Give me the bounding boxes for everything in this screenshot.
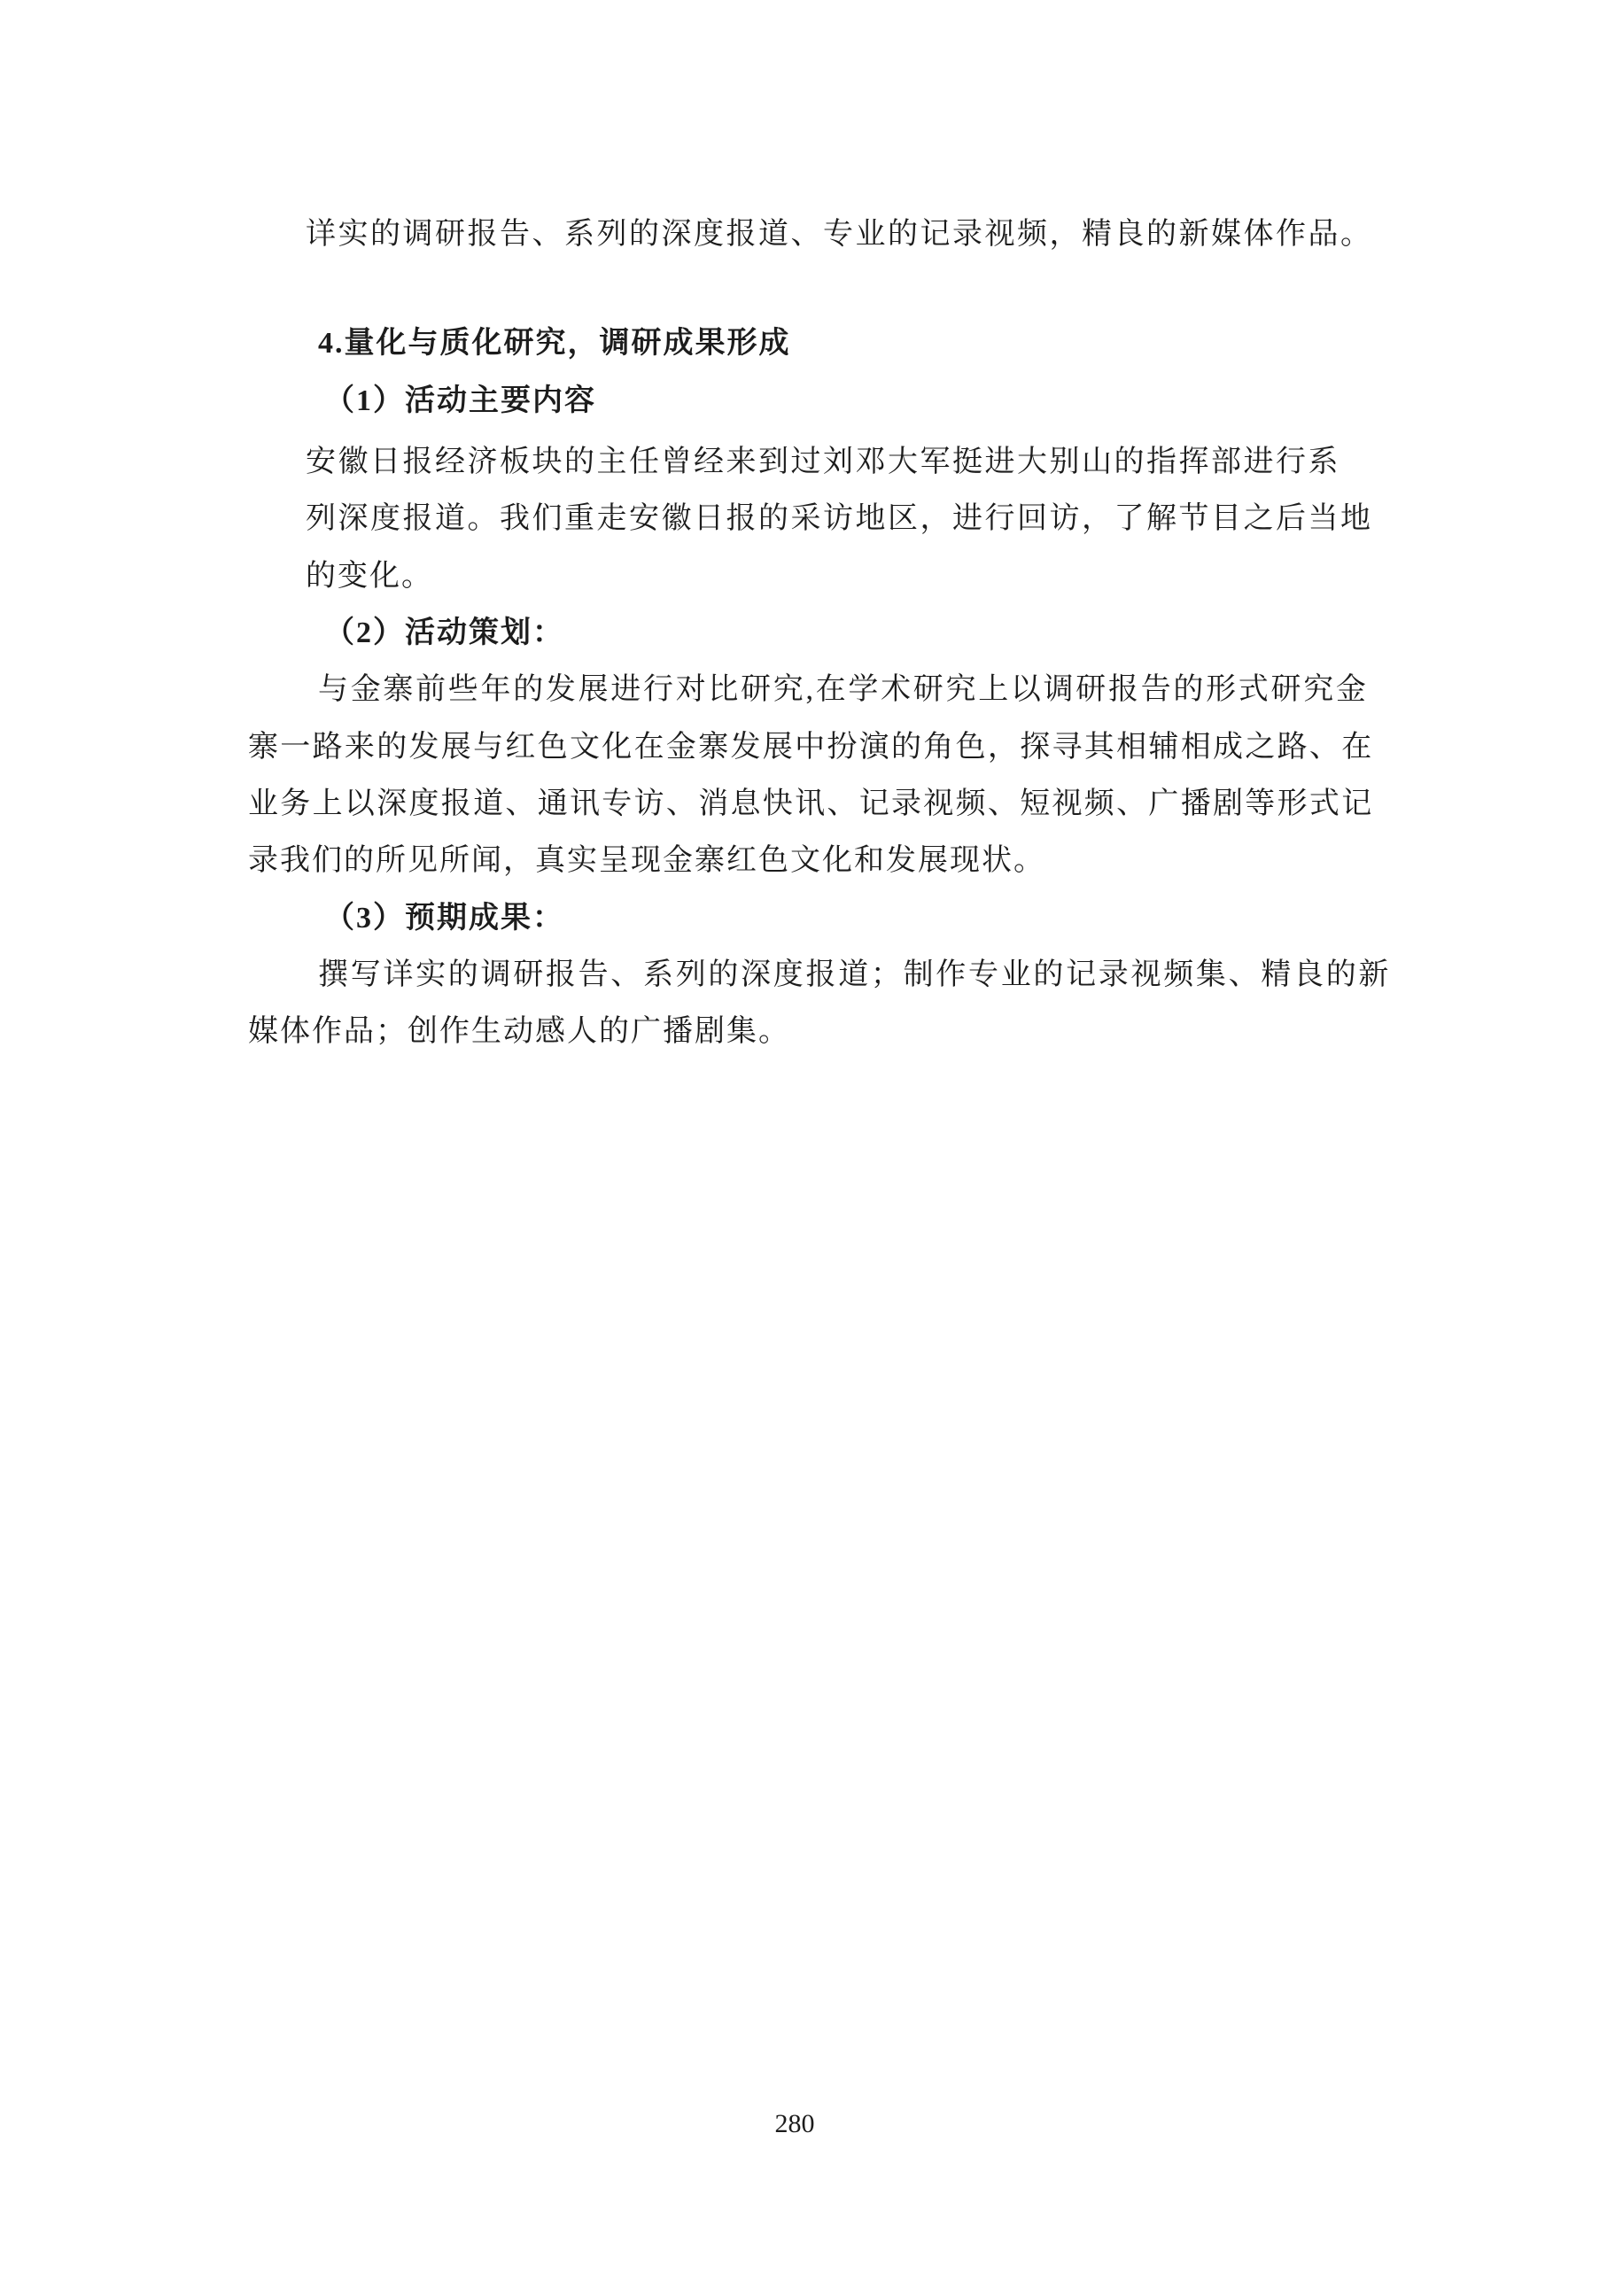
section-heading: 4.量化与质化研究，调研成果形成 xyxy=(318,323,791,364)
body-line: 撰写详实的调研报告、系列的深度报道；制作专业的记录视频集、精良的新 xyxy=(318,955,1391,996)
body-line: 列深度报道。我们重走安徽日报的采访地区，进行回访，了解节目之后当地 xyxy=(306,499,1373,539)
subsection-heading: （2）活动策划： xyxy=(324,613,564,654)
body-line: 业务上以深度报道、通讯专访、消息快讯、记录视频、短视频、广播剧等形式记 xyxy=(248,784,1374,825)
body-line: 的变化。 xyxy=(306,556,433,597)
body-line: 与金寨前些年的发展进行对比研究,在学术研究上以调研报告的形式研究金 xyxy=(318,670,1369,710)
subsection-heading: （1）活动主要内容 xyxy=(324,381,596,422)
body-line: 寨一路来的发展与红色文化在金寨发展中扮演的角色，探寻其相辅相成之路、在 xyxy=(248,727,1374,768)
body-line: 安徽日报经济板块的主任曾经来到过刘邓大军挺进大别山的指挥部进行系 xyxy=(306,442,1340,483)
document-page: 详实的调研报告、系列的深度报道、专业的记录视频，精良的新媒体作品。 4.量化与质… xyxy=(0,0,1623,2296)
subsection-heading: （3）预期成果： xyxy=(324,898,564,939)
page-number: 280 xyxy=(750,2108,839,2140)
body-line: 媒体作品；创作生动感人的广播剧集。 xyxy=(248,1012,790,1052)
body-line: 录我们的所见所闻，真实呈现金寨红色文化和发展现状。 xyxy=(248,841,1045,881)
body-line: 详实的调研报告、系列的深度报道、专业的记录视频，精良的新媒体作品。 xyxy=(306,214,1373,255)
